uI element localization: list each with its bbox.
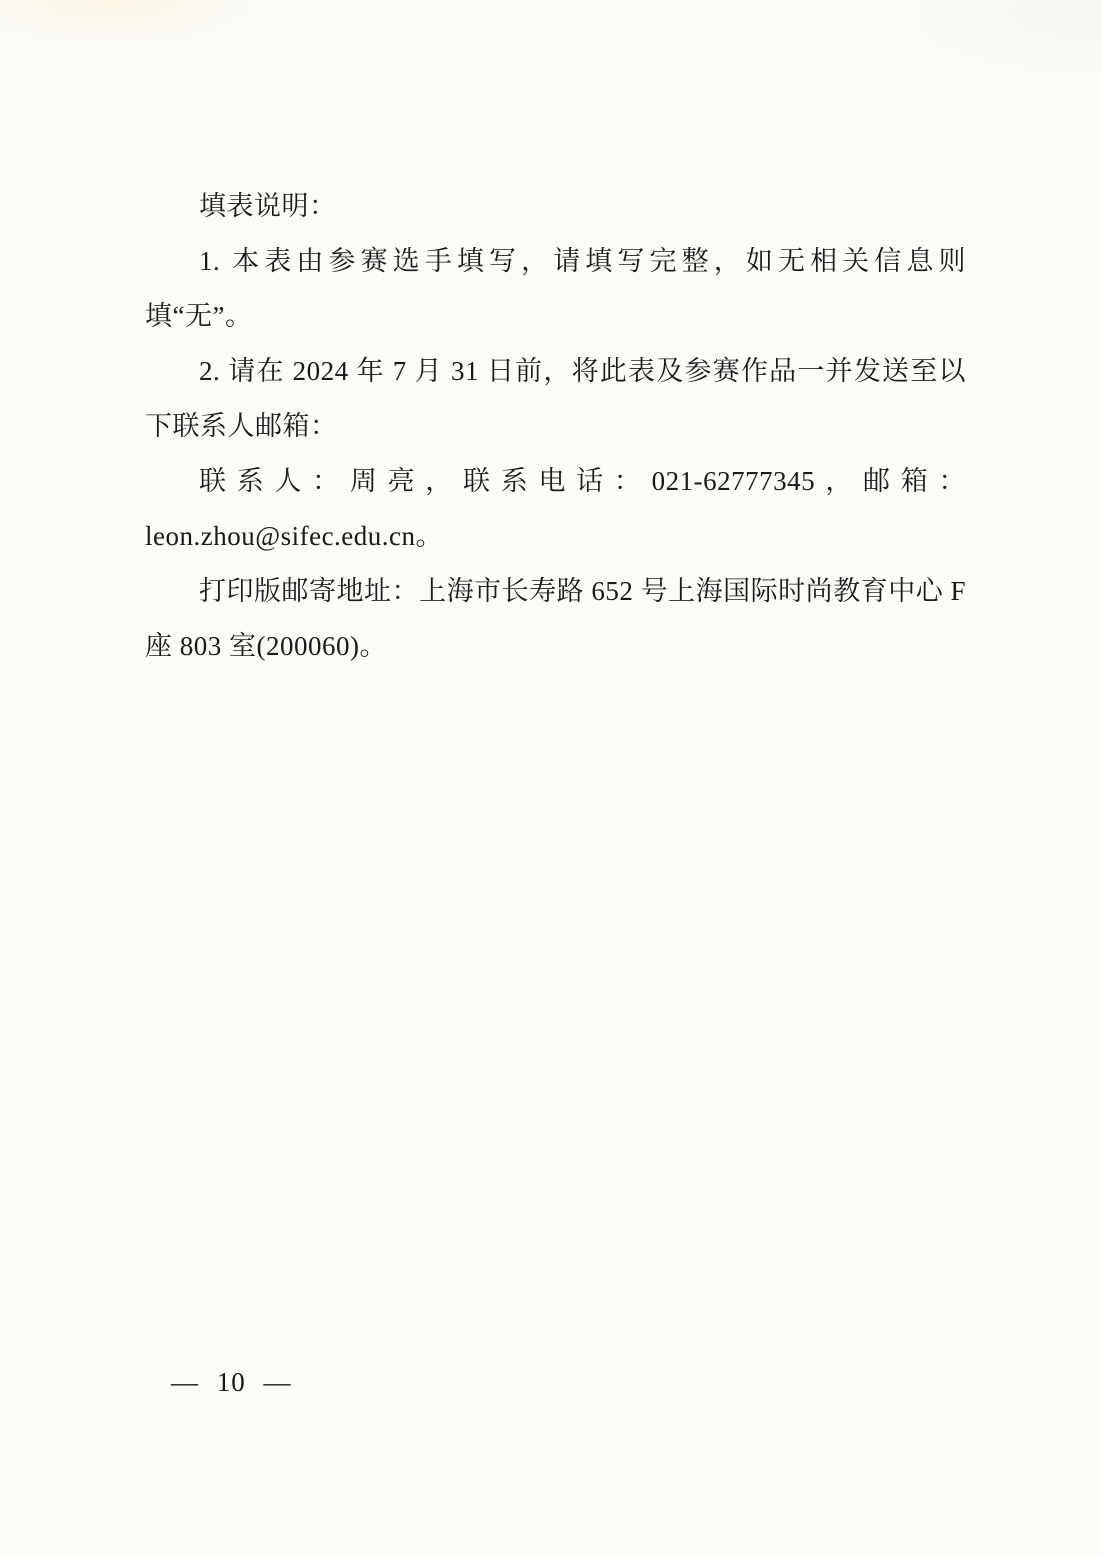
- contact-info-paragraph: 联系人：周亮，联系电话：021-62777345，邮箱：leon.zhou@si…: [145, 454, 966, 564]
- page-number: — 10 —: [171, 1366, 292, 1398]
- instructions-heading: 填表说明：: [145, 179, 966, 234]
- instruction-item-2: 2. 请在 2024 年 7 月 31 日前，将此表及参赛作品一并发送至以下联系…: [145, 344, 966, 454]
- instruction-item-1: 1. 本表由参赛选手填写，请填写完整，如无相关信息则填“无”。: [145, 234, 966, 344]
- document-body: 填表说明： 1. 本表由参赛选手填写，请填写完整，如无相关信息则填“无”。 2.…: [145, 179, 966, 674]
- mailing-address-paragraph: 打印版邮寄地址：上海市长寿路 652 号上海国际时尚教育中心 F 座 803 室…: [145, 564, 966, 674]
- document-page: 填表说明： 1. 本表由参赛选手填写，请填写完整，如无相关信息则填“无”。 2.…: [0, 0, 1102, 1557]
